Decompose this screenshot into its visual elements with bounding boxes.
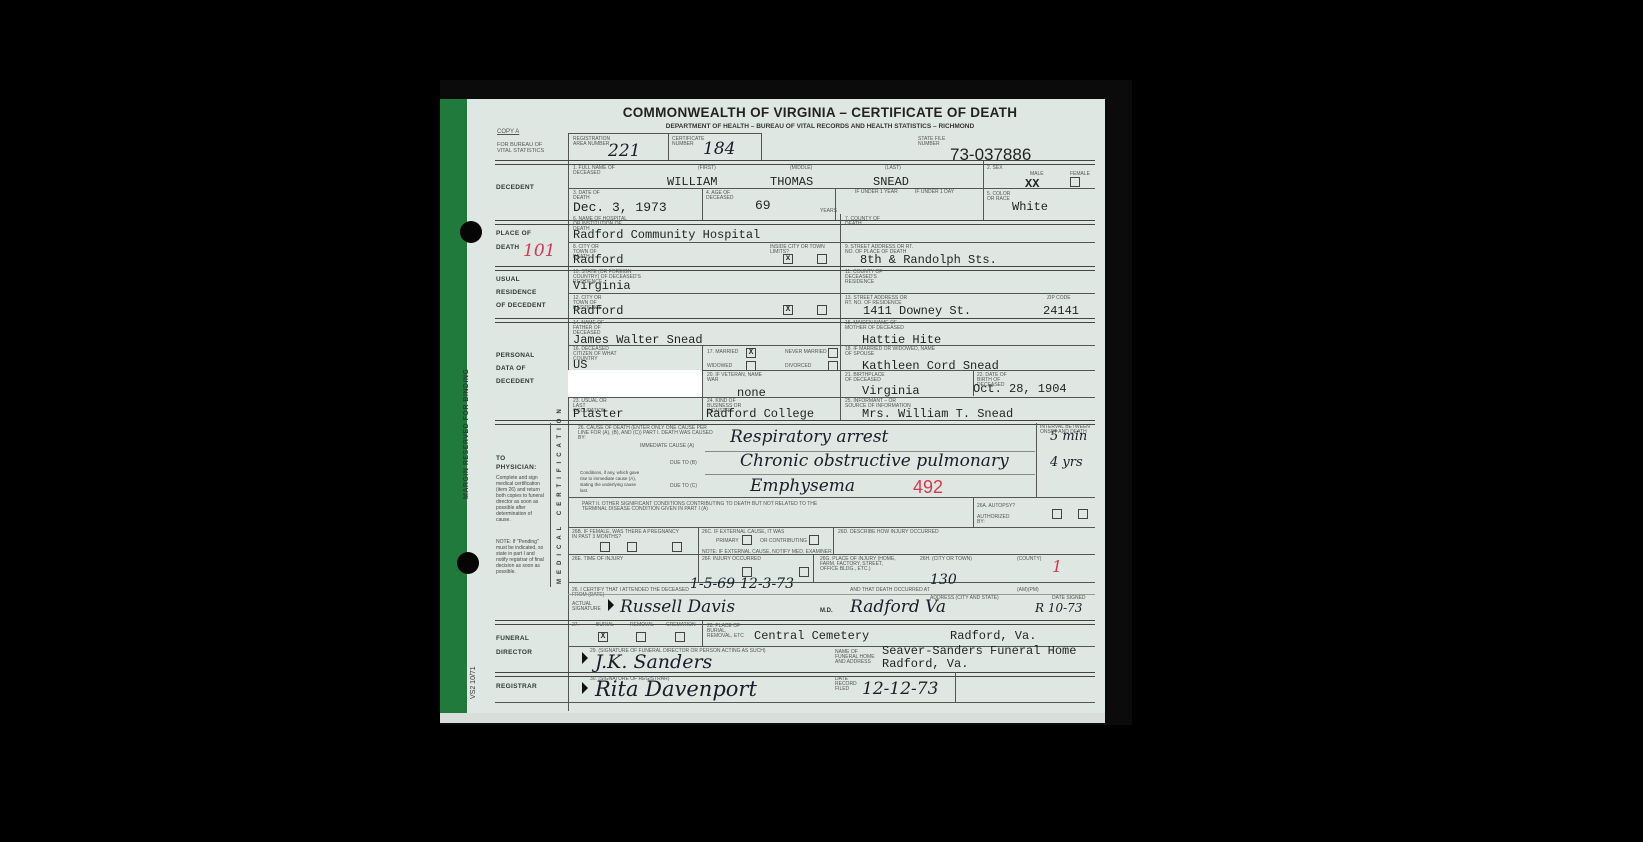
city-town-label: 26h. (city or town)	[920, 557, 972, 562]
autopsy-label: 26a. AUTOPSY?	[977, 504, 1015, 509]
occupation: Plaster	[573, 407, 623, 421]
am-pm-label: (am)(pm)	[1017, 588, 1039, 593]
divider	[761, 133, 762, 161]
section-residence: RESIDENCE	[496, 289, 537, 296]
under-day-label: IF UNDER 1 DAY	[915, 190, 954, 195]
redacted-area	[568, 370, 702, 398]
due-to-b-label: DUE TO (B)	[670, 461, 697, 466]
cause-label: 26. CAUSE OF DEATH (Enter only one cause…	[578, 426, 718, 441]
death-time: 130	[930, 572, 957, 588]
certificate-subtitle: DEPARTMENT OF HEALTH – BUREAU OF VITAL R…	[600, 123, 1040, 130]
part2-label: PART II. OTHER SIGNIFICANT CONDITIONS CO…	[582, 502, 832, 512]
authorized-label: AUTHORIZED BY:	[977, 515, 1007, 525]
divider	[495, 620, 1095, 625]
first-name: WILLIAM	[667, 175, 717, 189]
street-of-death: 8th & Randolph Sts.	[860, 253, 997, 267]
divider	[835, 188, 836, 221]
pregnancy-no-checkbox[interactable]	[627, 542, 637, 552]
divider	[840, 214, 841, 420]
divider	[568, 397, 1095, 398]
sign-here-arrow-icon	[582, 652, 588, 664]
residence-state: Virginia	[573, 279, 631, 293]
disposition-label: 27.	[572, 623, 579, 628]
burial-label: BURIAL	[596, 623, 614, 628]
divider	[550, 423, 551, 587]
section-director: DIRECTOR	[496, 649, 532, 656]
divider	[1036, 423, 1037, 497]
section-funeral: FUNERAL	[496, 635, 529, 642]
inside-limits-no-checkbox[interactable]	[817, 254, 827, 264]
last-label: (last)	[885, 166, 901, 171]
divider	[668, 133, 669, 161]
birthplace: Virginia	[862, 384, 920, 398]
divider	[702, 370, 1095, 371]
under-year-label: IF UNDER 1 YEAR	[855, 190, 898, 195]
divider	[568, 345, 1095, 346]
registration-area-number: 221	[608, 141, 640, 161]
color-race: White	[1012, 200, 1048, 214]
sex-label: 2. SEX	[987, 166, 1003, 171]
divider	[568, 594, 1095, 595]
first-label: (first)	[698, 166, 716, 171]
county-code: 1	[1052, 557, 1062, 576]
certificate-number: 184	[703, 139, 735, 159]
removal-checkbox[interactable]	[636, 632, 646, 642]
married-label: 17. MARRIED	[707, 350, 738, 355]
never-married-checkbox[interactable]	[828, 348, 838, 358]
age: 69	[755, 198, 771, 213]
autopsy-yes-checkbox[interactable]	[1052, 509, 1062, 519]
residence-city: Radford	[573, 304, 623, 318]
pending-note: NOTE: If "Pending" must be indicated, so…	[496, 539, 546, 575]
residence-county-label: 11. COUNTY OF DECEASED'S RESIDENCE	[845, 270, 905, 285]
divider	[568, 242, 1095, 243]
cemetery-location: Radford, Va.	[950, 629, 1036, 643]
section-decedent-2: DECEDENT	[496, 378, 534, 385]
physician-note: Complete and sign medical certification …	[496, 475, 546, 523]
injury-time-label: 26e. TIME OF INJURY	[572, 557, 623, 562]
divorced-label: DIVORCED	[785, 364, 811, 369]
birthplace-label: 21. BIRTHPLACE OF DECEASED	[845, 373, 885, 383]
veteran-label: 20. IF VETERAN, name war	[707, 373, 767, 383]
document-bottom-edge	[440, 713, 1105, 723]
funeral-home-name: Seaver-Sanders Funeral Home	[882, 644, 1076, 658]
section-death: DEATH	[496, 244, 519, 251]
injury-occurred-label: 26f. INJURY OCCURRED	[702, 557, 761, 562]
female-checkbox[interactable]	[1070, 177, 1080, 187]
state-file-label: STATE FILE NUMBER	[918, 137, 948, 147]
funeral-home-address: Radford, Va.	[882, 657, 968, 671]
md-label: M.D.	[820, 609, 833, 614]
death-certificate: MARGIN RESERVED FOR BINDING VS2 10/71 CO…	[440, 99, 1105, 713]
place-of-death-code: 101	[523, 241, 555, 261]
sign-here-arrow-icon	[582, 682, 588, 694]
section-personal: PERSONAL	[496, 352, 535, 359]
middle-label: (middle)	[790, 166, 812, 171]
residence-inside-no-checkbox[interactable]	[817, 305, 827, 315]
registration-area-label: REGISTRATION AREA NUMBER	[573, 137, 613, 147]
divider	[495, 702, 1095, 703]
removal-label: REMOVAL	[630, 623, 654, 628]
residence-street: 1411 Downey St.	[863, 304, 971, 318]
medical-certification-label: MEDICAL CERTIFICATION	[557, 404, 563, 584]
divider	[983, 161, 984, 221]
director-signature[interactable]: J.K. Sanders	[595, 651, 712, 673]
signature-label: ACTUAL SIGNATURE	[572, 602, 602, 612]
cause-code: 492	[913, 477, 943, 498]
section-decedent: DECEDENT	[496, 184, 534, 191]
never-married-label: NEVER MARRIED	[785, 350, 827, 355]
primary-checkbox[interactable]	[742, 535, 752, 545]
pregnancy-yes-checkbox[interactable]	[600, 542, 610, 552]
date-filed-label: DATE RECORD FILED	[835, 677, 865, 692]
cremation-checkbox[interactable]	[675, 632, 685, 642]
mother-label: 15. MAIDEN NAME OF MOTHER OF DECEASED	[845, 321, 905, 331]
divider	[702, 621, 703, 646]
divider	[495, 672, 1095, 677]
divider	[955, 672, 956, 702]
injury-county-label: (county)	[1017, 557, 1041, 562]
divider	[702, 345, 703, 420]
divider	[973, 497, 974, 527]
conditions-note: Conditions, if any, which gave rise to i…	[580, 470, 640, 494]
date-of-birth: Oct. 28, 1904	[973, 382, 1067, 396]
section-of-decedent: OF DECEDENT	[496, 302, 546, 309]
cause-a: Respiratory arrest	[730, 427, 888, 447]
burial-checkbox[interactable]: X	[598, 632, 608, 642]
widowed-label: WIDOWED	[707, 364, 732, 369]
registrar-signature[interactable]: Rita Davenport	[595, 677, 757, 701]
county-of-death-label: 7. COUNTY OF DEATH	[845, 217, 885, 227]
due-to-c-label: DUE TO (C)	[670, 484, 697, 489]
injury-desc-label: 26d. DESCRIBE HOW INJURY OCCURRED	[838, 530, 939, 535]
date-signed: R 10-73	[1035, 601, 1082, 615]
divider	[568, 293, 1095, 294]
section-place-of: PLACE OF	[496, 230, 531, 237]
inside-limits-yes-checkbox[interactable]: x	[783, 254, 793, 264]
city-of-death: Radford	[573, 253, 623, 267]
divider	[568, 497, 1095, 498]
punch-hole-icon	[460, 221, 482, 243]
section-to-physician: TO PHYSICIAN:	[496, 454, 546, 472]
cause-b: Chronic obstructive pulmonary	[740, 451, 1009, 471]
full-name-label: 1. FULL NAME OF DECEASED	[573, 166, 618, 176]
attended-from: 1-5-69	[690, 576, 735, 592]
autopsy-no-checkbox[interactable]	[1078, 509, 1088, 519]
business: Radford College	[706, 407, 814, 421]
cause-b-line	[705, 474, 1035, 475]
last-name: SNEAD	[873, 175, 909, 189]
pregnancy-unknown-checkbox[interactable]	[672, 542, 682, 552]
age-label: 4. AGE OF DECEASED	[706, 191, 741, 201]
copy-for-label: FOR BUREAU OF VITAL STATISTICS	[497, 142, 552, 154]
section-usual: USUAL	[496, 276, 520, 283]
funeral-home-label: NAME OF FUNERAL HOME AND ADDRESS	[835, 650, 875, 665]
informant: Mrs. William T. Snead	[862, 407, 1013, 421]
section-data-of: DATA OF	[496, 365, 526, 372]
divider	[568, 133, 761, 134]
hospital: Radford Community Hospital	[573, 228, 760, 242]
divider	[702, 188, 703, 221]
pregnancy-label: 26b. IF FEMALE, WAS THERE A PREGNANCY IN…	[572, 530, 682, 540]
zip-code: 24141	[1043, 304, 1079, 318]
date-filed: 12-12-73	[862, 679, 938, 699]
cemetery: Central Cemetery	[754, 629, 869, 643]
divider	[568, 188, 1095, 189]
burial-place-label: 28. PLACE OF BURIAL, REMOVAL, ETC	[707, 624, 747, 639]
physician-address: Radford Va	[850, 597, 946, 617]
form-code: VS2 10/71	[470, 666, 477, 699]
immediate-label: IMMEDIATE CAUSE (A)	[640, 444, 694, 449]
date-of-death: Dec. 3, 1973	[573, 200, 667, 215]
sign-here-arrow-icon	[608, 599, 614, 611]
zip-label: ZIP CODE	[1047, 296, 1071, 301]
divider	[568, 582, 1095, 583]
injury-place-label: 26g. PLACE OF INJURY (home, farm, factor…	[820, 557, 900, 572]
death-occurred-label: and that death occurred at	[850, 588, 930, 593]
spouse-label: 18. IF MARRIED OR WIDOWED, NAME OF SPOUS…	[845, 347, 935, 357]
attended-to: 12-3-73	[740, 576, 794, 592]
interval-b: 4 yrs	[1050, 455, 1083, 470]
color-label: 5. COLOR OR RACE	[987, 192, 1012, 202]
cause-c: Emphysema	[750, 476, 855, 496]
residence-inside-yes-checkbox[interactable]: X	[783, 305, 793, 315]
certificate-title: COMMONWEALTH OF VIRGINIA – CERTIFICATE O…	[600, 105, 1040, 120]
binding-margin-text: MARGIN RESERVED FOR BINDING	[463, 359, 477, 619]
divider	[833, 527, 834, 554]
cremation-label: CREMATION	[666, 623, 696, 628]
not-while-at-work-checkbox[interactable]	[799, 567, 809, 577]
section-registrar: REGISTRAR	[496, 683, 537, 690]
interval-a: 5 min	[1050, 429, 1087, 444]
married-checkbox[interactable]: X	[746, 348, 756, 358]
primary-label: PRIMARY	[716, 539, 739, 544]
divider	[568, 527, 1095, 528]
copy-label: COPY A	[497, 130, 519, 135]
middle-name: THOMAS	[770, 175, 813, 189]
contributing-label: or CONTRIBUTING	[760, 539, 807, 544]
divider	[568, 554, 1095, 555]
contributing-checkbox[interactable]	[809, 535, 819, 545]
physician-signature[interactable]: Russell Davis	[620, 597, 735, 617]
divider	[813, 554, 814, 582]
